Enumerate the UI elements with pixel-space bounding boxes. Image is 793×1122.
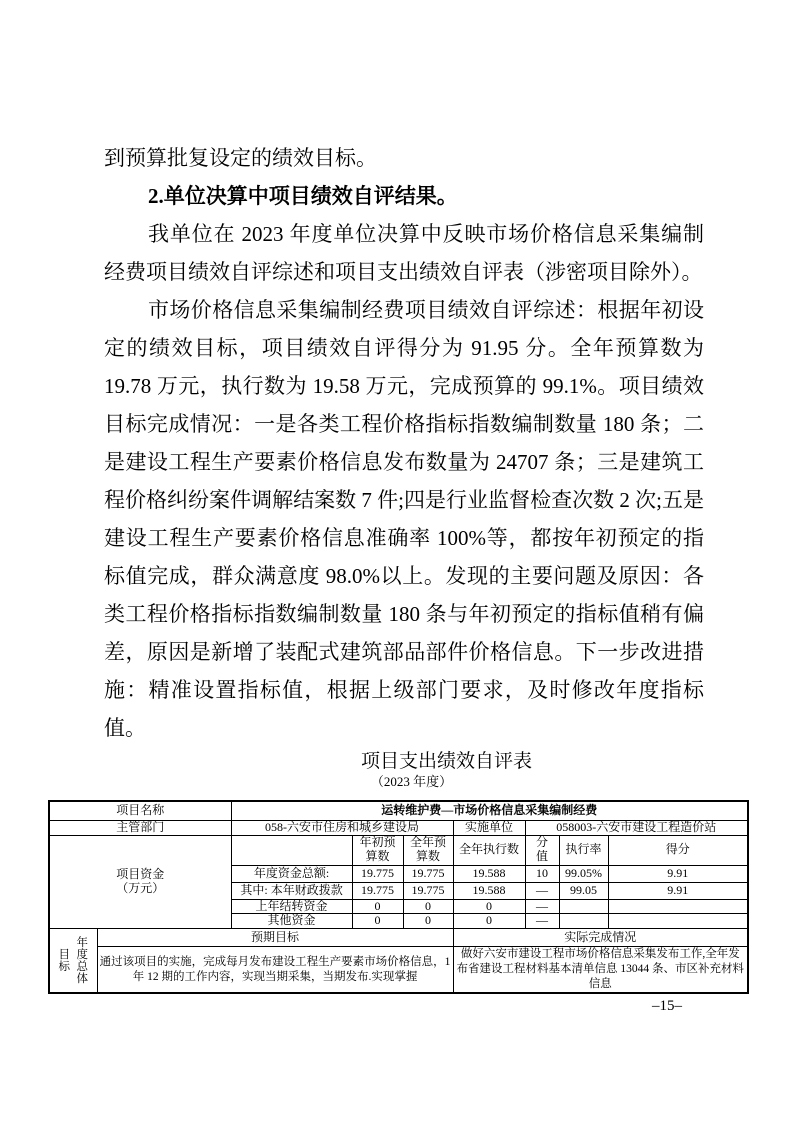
cell-annual: 19.775	[403, 882, 453, 899]
funds-header-row: 项目资金 （万元） 年初预算数 全年预算数 全年执行数 分值 执行率 得分	[49, 835, 748, 865]
actual-result-text: 做好六安市建设工程市场价格信息采集发布工作,全年发布省建设工程材料基本清单信息 …	[453, 947, 748, 994]
funds-section-label: 项目资金 （万元）	[49, 835, 231, 929]
expected-goal-header: 预期目标	[97, 929, 453, 947]
cell-score	[608, 914, 748, 929]
cell-initial: 19.775	[352, 865, 403, 882]
dept-label: 主管部门	[49, 820, 231, 835]
goals-header-row: 目标 年度总体 预期目标 实际完成情况	[49, 929, 748, 947]
table-subtitle: （2023 年度）	[371, 771, 452, 790]
cell-rate	[559, 899, 608, 914]
cell-weight: 10	[525, 865, 559, 882]
cell-score: 9.91	[608, 882, 748, 899]
cell-weight: —	[525, 899, 559, 914]
cell-rate: 99.05%	[559, 865, 608, 882]
actual-result-header: 实际完成情况	[453, 929, 748, 947]
funds-blank-header	[231, 835, 352, 865]
summary-paragraph: 我单位在 2023 年度单位决算中反映市场价格信息采集编制经费项目绩效自评综述和…	[104, 215, 704, 291]
goals-section-label: 目标	[59, 949, 71, 973]
row-label: 年度资金总额:	[231, 865, 352, 882]
col-header-rate: 执行率	[559, 835, 608, 865]
project-name-label: 项目名称	[49, 801, 231, 820]
cell-executed: 19.588	[453, 865, 525, 882]
table-title: 项目支出绩效自评表	[361, 746, 532, 773]
goals-row-label: 年度总体	[77, 937, 89, 985]
cell-executed: 19.588	[453, 882, 525, 899]
col-header-score: 得分	[608, 835, 748, 865]
expected-goal-text: 通过该项目的实施，完成每月发布建设工程生产要素市场价格信息，1 年 12 期的工…	[97, 947, 453, 994]
impl-unit-value: 058003-六安市建设工程造价站	[525, 820, 748, 835]
cell-executed: 0	[453, 914, 525, 929]
table-row: 主管部门 058-六安市住房和城乡建设局 实施单位 058003-六安市建设工程…	[49, 820, 748, 835]
self-evaluation-table: 项目名称 运转维护费—市场价格信息采集编制经费 主管部门 058-六安市住房和城…	[48, 800, 749, 994]
cell-weight: —	[525, 882, 559, 899]
col-header-initial-budget: 年初预算数	[352, 835, 403, 865]
cell-initial: 0	[352, 899, 403, 914]
cell-annual: 0	[403, 899, 453, 914]
table-row: 项目名称 运转维护费—市场价格信息采集编制经费	[49, 801, 748, 820]
section-heading: 2.单位决算中项目绩效自评结果。	[104, 177, 704, 215]
goals-text-row: 通过该项目的实施，完成每月发布建设工程生产要素市场价格信息，1 年 12 期的工…	[49, 947, 748, 994]
cell-initial: 0	[352, 914, 403, 929]
page-number: –15–	[637, 998, 697, 1015]
goals-section-label-cell: 目标 年度总体	[49, 929, 97, 994]
col-header-executed: 全年执行数	[453, 835, 525, 865]
row-label: 其中: 本年财政拨款	[231, 882, 352, 899]
row-label: 上年结转资金	[231, 899, 352, 914]
cell-initial: 19.775	[352, 882, 403, 899]
impl-unit-label: 实施单位	[453, 820, 525, 835]
detail-paragraph: 市场价格信息采集编制经费项目绩效自评综述：根据年初设定的绩效目标，项目绩效自评得…	[104, 291, 704, 747]
body-text-block: 到预算批复设定的绩效目标。 2.单位决算中项目绩效自评结果。 我单位在 2023…	[104, 139, 704, 747]
cell-rate: 99.05	[559, 882, 608, 899]
cell-executed: 0	[453, 899, 525, 914]
dept-value: 058-六安市住房和城乡建设局	[231, 820, 453, 835]
cell-rate	[559, 914, 608, 929]
col-header-annual-budget: 全年预算数	[403, 835, 453, 865]
document-page: 到预算批复设定的绩效目标。 2.单位决算中项目绩效自评结果。 我单位在 2023…	[0, 0, 793, 1122]
continuation-paragraph: 到预算批复设定的绩效目标。	[104, 139, 704, 177]
project-name-value: 运转维护费—市场价格信息采集编制经费	[231, 801, 748, 820]
cell-annual: 0	[403, 914, 453, 929]
col-header-weight: 分值	[525, 835, 559, 865]
cell-weight: —	[525, 914, 559, 929]
cell-annual: 19.775	[403, 865, 453, 882]
cell-score	[608, 899, 748, 914]
row-label: 其他资金	[231, 914, 352, 929]
cell-score: 9.91	[608, 865, 748, 882]
